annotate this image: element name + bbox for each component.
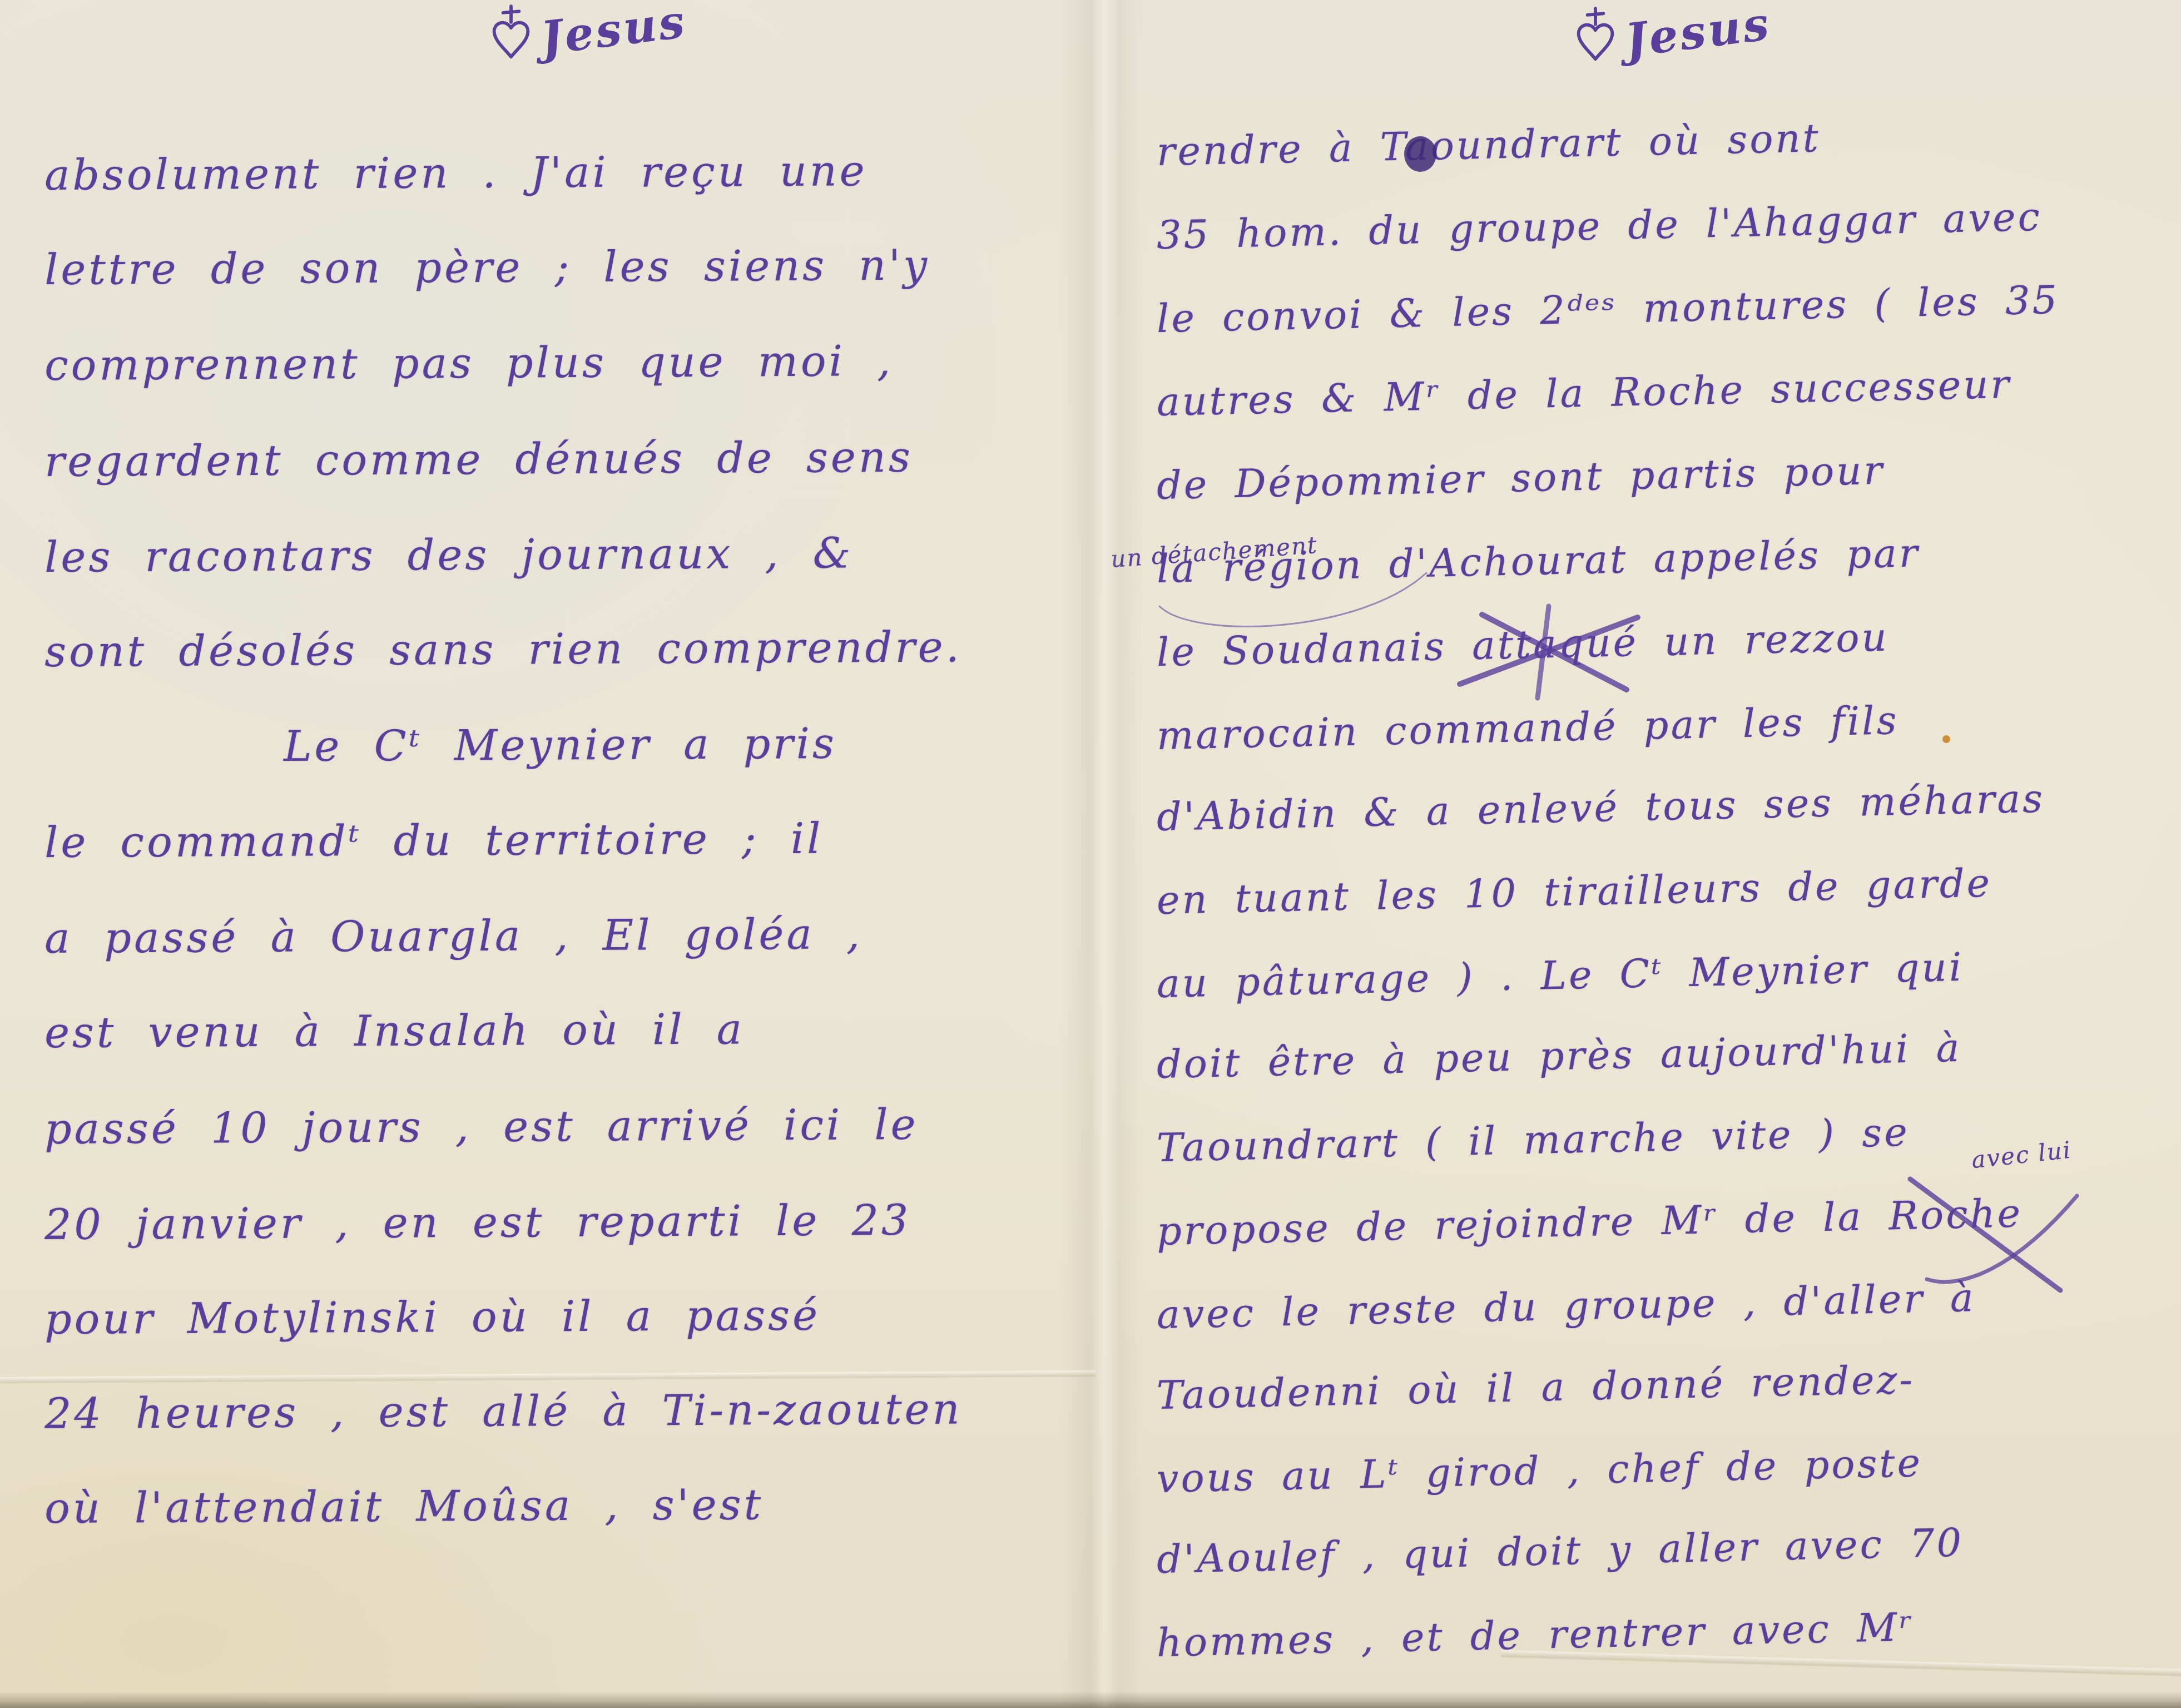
letter-line: vous au Lᵗ girod , chef de poste bbox=[1156, 1440, 1923, 1502]
letter-line: sont désolés sans rien comprendre. bbox=[44, 622, 962, 676]
letter-line: Taoudenni où il a donné rendez- bbox=[1156, 1357, 1915, 1418]
letter-line: 35 hom. du groupe de l'Ahaggar avec bbox=[1156, 194, 2042, 258]
letter-line: d'Aoulef , qui doit y aller avec 70 bbox=[1156, 1520, 1964, 1582]
letter-line: les racontars des journaux , & bbox=[44, 528, 854, 582]
letter-line: lettre de son père ; les siens n'y bbox=[44, 240, 930, 294]
letter-line: où l'attendait Moûsa , s'est bbox=[44, 1479, 764, 1533]
letter-line: le commandᵗ du territoire ; il bbox=[44, 814, 824, 867]
letter-line: comprennent pas plus que moi , bbox=[44, 336, 894, 390]
letter-line: absolument rien . J'ai reçu une bbox=[44, 146, 868, 200]
letter-line: passé 10 jours , est arrivé ici le bbox=[44, 1100, 919, 1153]
letter-line: marocain commandé par les fils bbox=[1156, 697, 1899, 759]
paper-stain bbox=[1942, 735, 1950, 743]
letter-line: a passé à Ouargla , El goléa , bbox=[44, 909, 863, 963]
letter-line: 24 heures , est allé à Ti-n-zaouten bbox=[44, 1384, 963, 1438]
letter-line: 20 janvier , en est reparti le 23 bbox=[44, 1195, 911, 1249]
letter-line: au pâturage ) . Le Cᵗ Meynier qui bbox=[1156, 944, 1964, 1007]
letter-line: regardent comme dénués de sens bbox=[44, 432, 913, 486]
letter-line: Le Cᵗ Meynier a pris bbox=[284, 719, 837, 771]
letter-line: est venu à Insalah où il a bbox=[44, 1004, 745, 1057]
insertion-connector-stroke bbox=[1126, 567, 1438, 645]
letter-line: d'Abidin & a enlevé tous ses méharas bbox=[1156, 776, 2045, 840]
letter-line: en tuant les 10 tirailleurs de garde bbox=[1156, 860, 1992, 923]
letter-page-left: absolument rien . J'ai reçu une lettre d… bbox=[0, 0, 1104, 1708]
center-fold-shadow bbox=[1061, 0, 1144, 1708]
letter-line: de Dépommier sont partis pour bbox=[1156, 448, 1885, 508]
letter-line: pour Motylinski où il a passé bbox=[44, 1290, 820, 1344]
letter-line: Taoundrart ( il marche vite ) se bbox=[1156, 1110, 1910, 1171]
paper-bottom-edge bbox=[0, 1691, 2181, 1708]
crossed-out-word-strokes bbox=[1449, 606, 1682, 701]
letter-line: le convoi & les 2ᵈᵉˢ montures ( les 35 bbox=[1156, 277, 2060, 341]
letter-line: doit être à peu près aujourd'hui à bbox=[1156, 1025, 1962, 1087]
letter-line: rendre à Taoundrart où sont bbox=[1156, 115, 1821, 175]
letter-spread: Jesus Jesus absolument rien . J'ai reçu … bbox=[0, 0, 2181, 1708]
letter-line: propose de rejoindre Mʳ de la Roche bbox=[1156, 1190, 2023, 1254]
letter-page-right: rendre à Taoundrart où sont 35 hom. du g… bbox=[1104, 0, 2181, 1708]
ink-blot bbox=[1404, 136, 1436, 172]
crossed-out-word-strokes bbox=[1893, 1162, 2127, 1307]
letter-line: autres & Mʳ de la Roche successeur bbox=[1156, 362, 2012, 425]
letter-line: avec le reste du groupe , d'aller à bbox=[1156, 1275, 1976, 1338]
